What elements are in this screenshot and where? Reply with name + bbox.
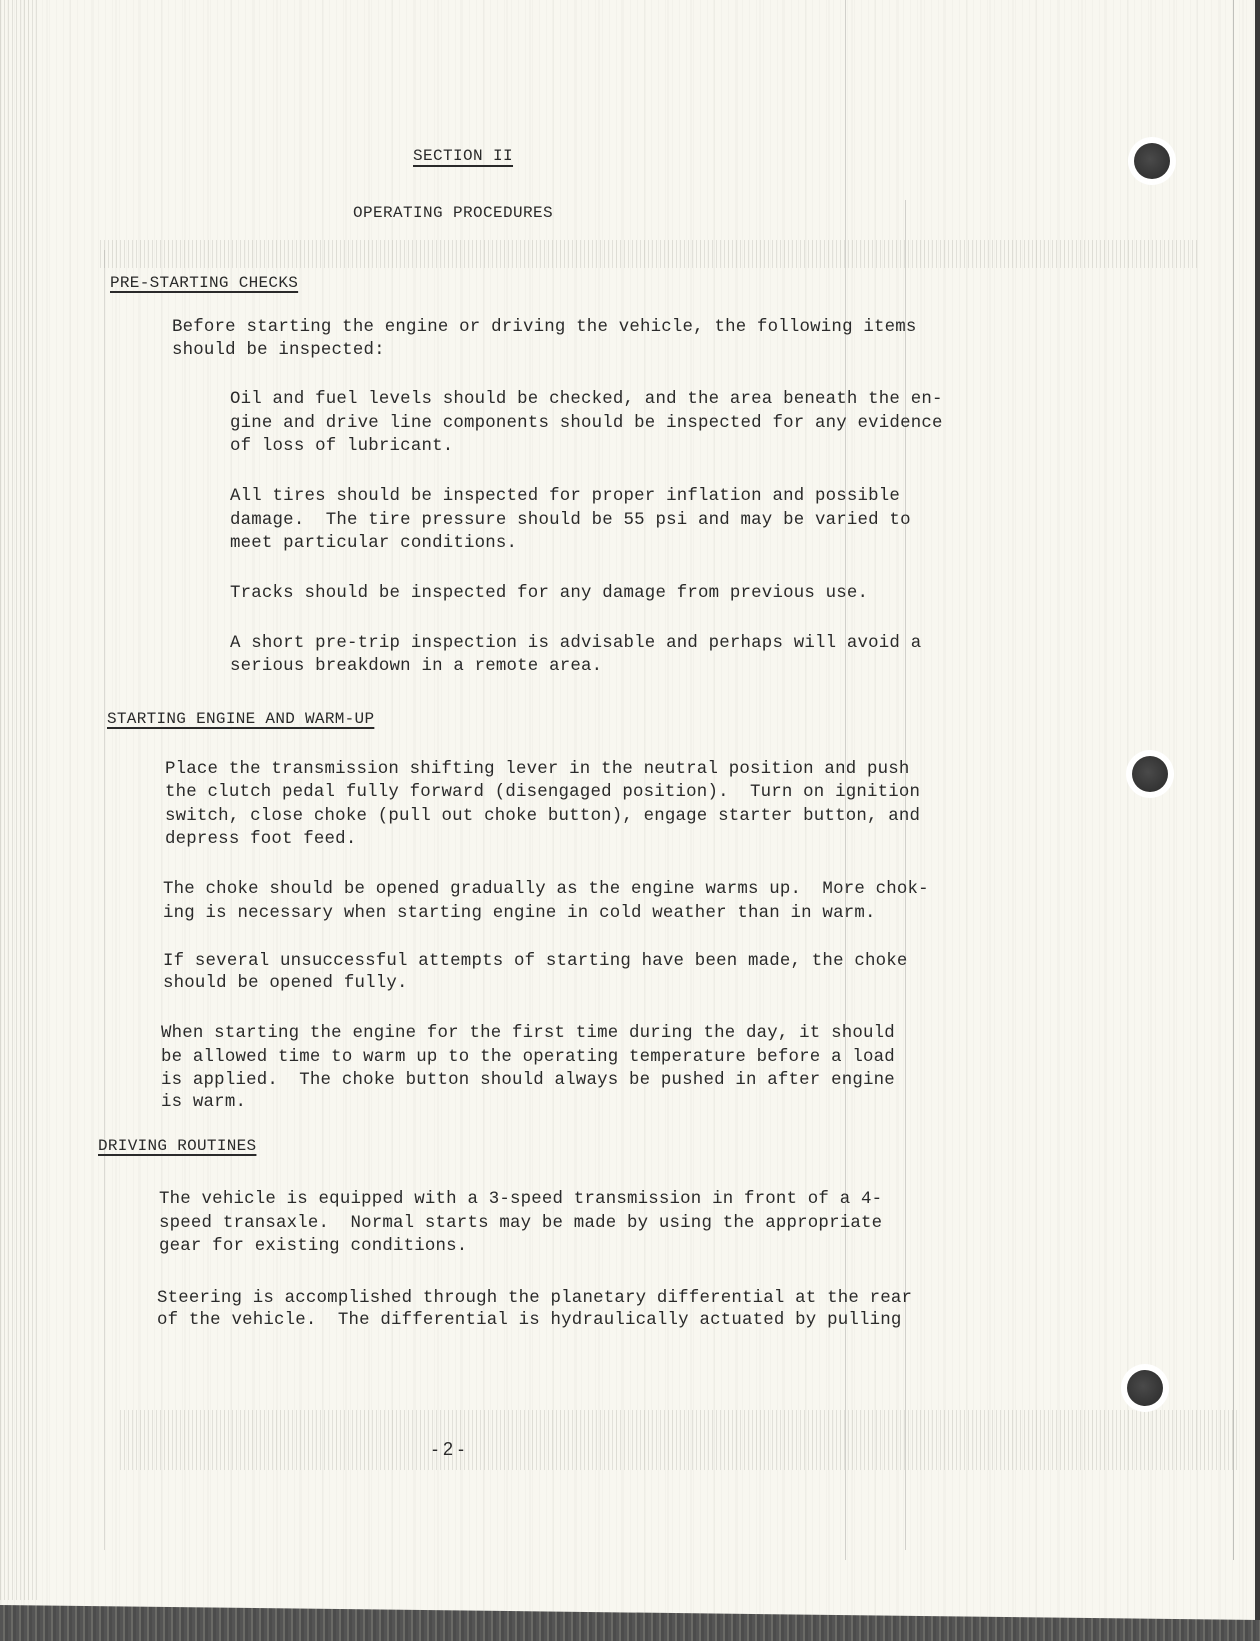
text-line: Place the transmission shifting lever in…: [165, 758, 910, 782]
text-line: Before starting the engine or driving th…: [172, 316, 917, 340]
text-line: All tires should be inspected for proper…: [230, 485, 900, 509]
page-number: - 2 -: [432, 1438, 464, 1460]
text-line: be allowed time to warm up to the operat…: [161, 1046, 895, 1070]
text-line: of loss of lubricant.: [230, 435, 453, 459]
text-line: The choke should be opened gradually as …: [163, 878, 929, 902]
text-line: switch, close choke (pull out choke butt…: [165, 805, 920, 829]
text-line: depress foot feed.: [165, 828, 356, 852]
text-line: gine and drive line components should be…: [230, 412, 943, 436]
text-line: Tracks should be inspected for any damag…: [230, 582, 868, 606]
scan-artifact-band: [100, 240, 1200, 268]
text-line: The vehicle is equipped with a 3-speed t…: [159, 1188, 882, 1212]
text-line: speed transaxle. Normal starts may be ma…: [159, 1212, 882, 1236]
text-line: ing is necessary when starting engine in…: [163, 902, 876, 926]
text-line: A short pre-trip inspection is advisable…: [230, 632, 921, 656]
document-title: OPERATING PROCEDURES: [353, 203, 553, 223]
text-line: the clutch pedal fully forward (disengag…: [165, 781, 920, 805]
text-line: Steering is accomplished through the pla…: [157, 1287, 912, 1311]
text-line: is warm.: [161, 1091, 246, 1115]
text-line: is applied. The choke button should alwa…: [161, 1069, 895, 1093]
section-label: SECTION II: [413, 146, 513, 166]
scanned-page: SECTION II OPERATING PROCEDURES PRE-STAR…: [0, 0, 1256, 1641]
binder-hole: [1132, 756, 1168, 792]
section-heading-driving-routines: DRIVING ROUTINES: [98, 1136, 256, 1156]
text-line: should be inspected:: [172, 339, 385, 363]
scan-artifact-line: [104, 250, 105, 1550]
scan-artifact-band: [0, 0, 40, 1600]
scan-artifact-line: [1233, 0, 1234, 1560]
text-line: damage. The tire pressure should be 55 p…: [230, 509, 911, 533]
section-heading-starting-engine: STARTING ENGINE AND WARM-UP: [107, 709, 374, 729]
text-line: should be opened fully.: [163, 972, 408, 996]
scanner-edge-right: [1255, 0, 1260, 1641]
text-line: of the vehicle. The differential is hydr…: [157, 1309, 902, 1333]
text-line: If several unsuccessful attempts of star…: [163, 950, 908, 974]
binder-hole: [1134, 143, 1170, 179]
text-line: Oil and fuel levels should be checked, a…: [230, 388, 943, 412]
binder-hole: [1127, 1370, 1163, 1406]
scan-artifact-band: [120, 1410, 1240, 1470]
section-heading-pre-starting-checks: PRE-STARTING CHECKS: [110, 273, 298, 293]
text-line: When starting the engine for the first t…: [161, 1022, 895, 1046]
text-line: serious breakdown in a remote area.: [230, 655, 602, 679]
text-line: meet particular conditions.: [230, 532, 517, 556]
text-line: gear for existing conditions.: [159, 1235, 467, 1259]
